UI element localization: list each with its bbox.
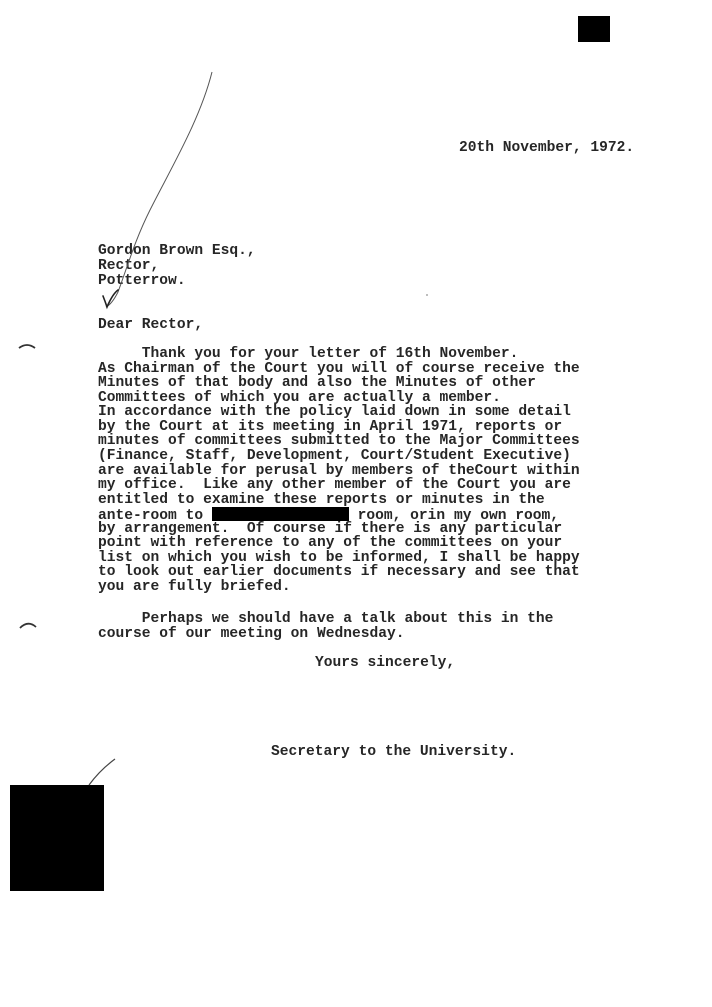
salutation: Dear Rector,: [98, 318, 203, 333]
closing: Yours sincerely,: [315, 656, 455, 671]
addressee-name: Gordon Brown Esq.,: [98, 244, 256, 259]
addressee-address: Potterrow.: [98, 274, 186, 289]
body-line: point with reference to any of the commi…: [98, 536, 562, 551]
body-line: you are fully briefed.: [98, 580, 291, 595]
body-line: my office. Like any other member of the …: [98, 478, 571, 493]
signature-title: Secretary to the University.: [271, 745, 516, 760]
inline-location-redaction: [212, 507, 349, 521]
body-line: to look out earlier documents if necessa…: [98, 565, 580, 580]
addressee-title: Rector,: [98, 259, 159, 274]
body-line: minutes of committees submitted to the M…: [98, 434, 580, 449]
body-line: (Finance, Staff, Development, Court/Stud…: [98, 449, 571, 464]
body-line: Thank you for your letter of 16th Novemb…: [98, 347, 518, 362]
body-line: Minutes of that body and also the Minute…: [98, 376, 536, 391]
body-line: course of our meeting on Wednesday.: [98, 627, 405, 642]
bottom-left-redaction: [10, 785, 104, 891]
body-line: entitled to examine these reports or min…: [98, 493, 545, 508]
margin-hole-mark-upper: [19, 345, 35, 348]
top-right-redaction: [578, 16, 610, 42]
body-line: Perhaps we should have a talk about this…: [98, 612, 553, 627]
body-line: In accordance with the policy laid down …: [98, 405, 571, 420]
letter-date: 20th November, 1972.: [459, 141, 634, 156]
margin-hole-mark-lower: [20, 624, 36, 628]
bottom-left-stroke: [89, 759, 115, 785]
